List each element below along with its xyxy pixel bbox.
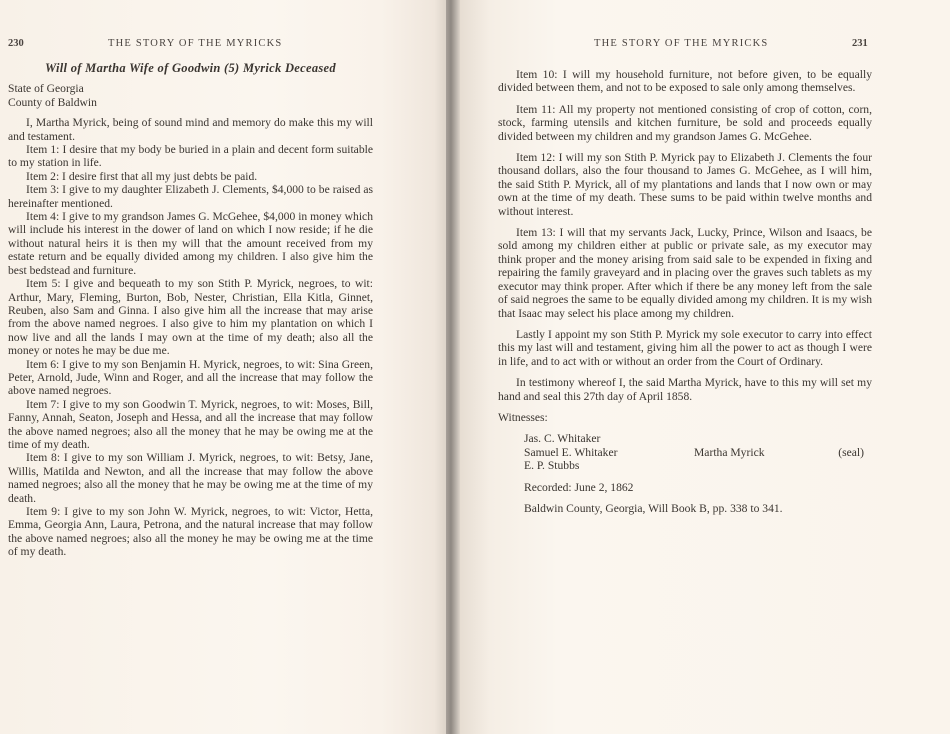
jurisdiction-county: County of Baldwin xyxy=(8,96,373,109)
will-item-12: Item 12: I will my son Stith P. Myrick p… xyxy=(498,151,872,218)
right-page-number: 231 xyxy=(852,38,868,49)
executor-clause: Lastly I appoint my son Stith P. Myrick … xyxy=(498,328,872,368)
right-page-text: Item 10: I will my household furniture, … xyxy=(498,68,872,523)
testator-signature: Martha Myrick xyxy=(694,446,804,459)
will-item-5: Item 5: I give and bequeath to my son St… xyxy=(8,277,373,357)
witness-3: E. P. Stubbs xyxy=(524,459,694,472)
jurisdiction-state: State of Georgia xyxy=(8,82,373,95)
will-item-8: Item 8: I give to my son William J. Myri… xyxy=(8,451,373,505)
book-gutter xyxy=(446,0,460,734)
will-item-3: Item 3: I give to my daughter Elizabeth … xyxy=(8,183,373,210)
will-item-1: Item 1: I desire that my body be buried … xyxy=(8,143,373,170)
will-item-10: Item 10: I will my household furniture, … xyxy=(498,68,872,95)
will-preamble: I, Martha Myrick, being of sound mind an… xyxy=(8,116,373,143)
left-page-text: Will of Martha Wife of Goodwin (5) Myric… xyxy=(8,62,373,559)
left-running-head: THE STORY OF THE MYRICKS xyxy=(108,38,282,49)
will-item-2: Item 2: I desire first that all my just … xyxy=(8,170,373,183)
right-running-head: THE STORY OF THE MYRICKS xyxy=(594,38,768,49)
will-item-13: Item 13: I will that my servants Jack, L… xyxy=(498,226,872,320)
will-item-9: Item 9: I give to my son John W. Myrick,… xyxy=(8,505,373,559)
will-item-11: Item 11: All my property not mentioned c… xyxy=(498,103,872,143)
recorded-date: Recorded: June 2, 1862 xyxy=(524,481,872,494)
source-citation: Baldwin County, Georgia, Will Book B, pp… xyxy=(524,502,872,515)
testimony-clause: In testimony whereof I, the said Martha … xyxy=(498,376,872,403)
will-title: Will of Martha Wife of Goodwin (5) Myric… xyxy=(8,62,373,75)
will-item-6: Item 6: I give to my son Benjamin H. Myr… xyxy=(8,358,373,398)
will-item-4: Item 4: I give to my grandson James G. M… xyxy=(8,210,373,277)
witness-1: Jas. C. Whitaker xyxy=(524,432,694,445)
will-item-7: Item 7: I give to my son Goodwin T. Myri… xyxy=(8,398,373,452)
witness-2: Samuel E. Whitaker xyxy=(524,446,694,459)
witnesses-label: Witnesses: xyxy=(498,411,872,424)
seal-mark: (seal) xyxy=(804,446,864,459)
book-spread: 230 THE STORY OF THE MYRICKS THE STORY O… xyxy=(0,0,950,734)
left-page-number: 230 xyxy=(8,38,24,49)
signature-block: Jas. C. Whitaker Samuel E. Whitaker Mart… xyxy=(524,432,864,472)
